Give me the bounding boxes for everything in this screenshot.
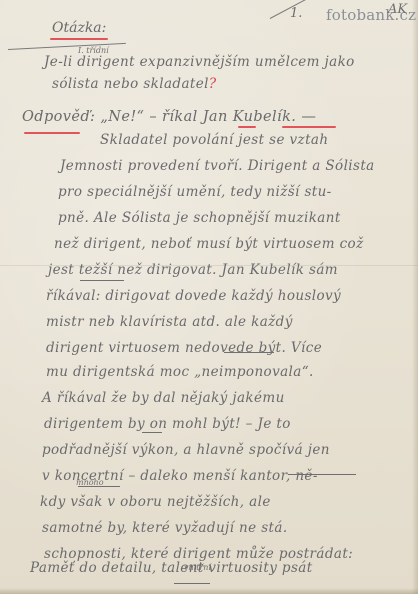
author-initials: AK (388, 2, 407, 17)
answer-label-red-underline (24, 132, 80, 134)
answer-line-1: Odpověď: „Ne!“ – říkal Jan Kubelík. — (22, 109, 316, 125)
answer-line-4: pro speciálnější umění, tedy nižší stu- (58, 184, 332, 200)
red-question-mark: ? (209, 76, 217, 92)
question-line-1: Je-li dirigent expanzivnějším umělcem ja… (44, 54, 355, 70)
answer-line-5: pně. Ale Sólista je schopnější muzikant (58, 210, 341, 226)
answer-line-8: říkával: dirigovat dovede každý houslový (46, 288, 341, 304)
name-last-red-underline (282, 126, 336, 128)
manuscript-page: fotobank.cz AK 1. Otázka: I. třídní Je-l… (0, 0, 418, 594)
answer-line-17: samotné by, které vyžadují ne stá. (42, 520, 288, 536)
page-number: 1. (290, 6, 302, 21)
question-line-2-text: sólista nebo skladatel (52, 76, 209, 92)
answer-line-12: A říkával že by dal nějaký jakému (42, 390, 285, 406)
answer-name-last: Kubelík. (233, 109, 297, 125)
answer-dash: — (301, 109, 316, 125)
answer-line-2: Skladatel povolání jest se vztah (100, 132, 328, 148)
interlinear-note-1: mnoho (76, 478, 104, 487)
answer-line-19: Paměť do detailu, talent virtuosity psát (30, 560, 313, 576)
answer-line-11: mu dirigentská moc „neimponovala“. (46, 364, 314, 380)
answer-line-14: podřadnější výkon, a hlavně spočívá jen (42, 442, 330, 458)
underline-nedovede (224, 352, 274, 353)
paper-edge-shadow-bottom (0, 588, 418, 594)
answer-line-7: jest težší než dirigovat. Jan Kubelík sá… (48, 262, 338, 278)
answer-line-16: kdy však v oboru nejtěžších, ale (40, 494, 271, 510)
heading-red-underline (50, 38, 108, 40)
question-line-2: sólista nebo skladatel? (52, 76, 216, 92)
interlinear-note-2: vnitřní (184, 563, 211, 572)
answer-line-9: mistr neb klavírista atd. ale každý (46, 314, 293, 330)
answer-line-10: dirigent virtuosem nedovede být. Více (46, 340, 322, 356)
paper-edge-shadow (412, 0, 418, 594)
answer-line-3: Jemnosti provedení tvoří. Dirigent a Sól… (60, 158, 375, 174)
underline-on (142, 432, 162, 433)
underline-tezsi (80, 280, 124, 281)
heading-question: Otázka: (52, 20, 106, 36)
answer-opening: : „Ne!“ – říkal (90, 109, 198, 125)
underline-nuance (174, 583, 210, 584)
name-first-red-underline (238, 126, 256, 128)
answer-line-6: než dirigent, neboť musí být virtuosem c… (54, 236, 364, 252)
answer-label: Odpověď (22, 109, 90, 125)
answer-line-13: dirigentem by on mohl být! – Je to (44, 416, 291, 432)
underline-nejtezsich (288, 474, 356, 475)
answer-name-first: Jan (203, 109, 228, 125)
